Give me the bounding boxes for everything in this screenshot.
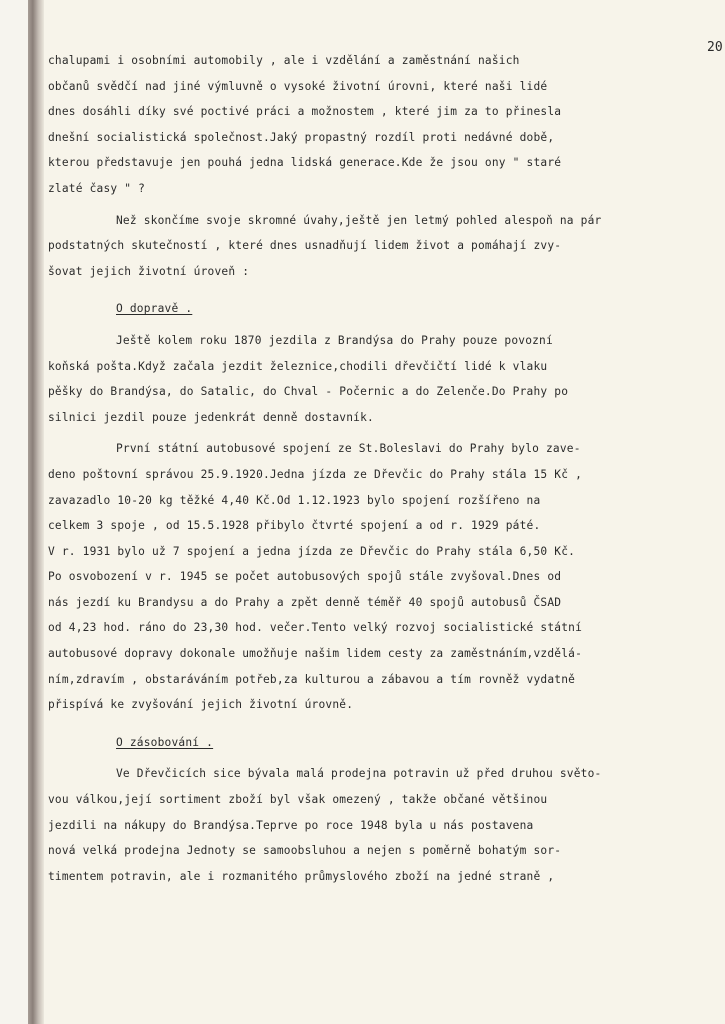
paragraph: První státní autobusové spojení ze St.Bo…	[48, 436, 720, 718]
text-line: podstatných skutečností , které dnes usn…	[48, 233, 720, 259]
text-line: od 4,23 hod. ráno do 23,30 hod. večer.Te…	[48, 615, 720, 641]
text-line: silnici jezdil pouze jedenkrát denně dos…	[48, 405, 720, 431]
text-line: dnes dosáhli díky své poctivé práci a mo…	[48, 99, 720, 125]
text-line: zlaté časy " ?	[48, 176, 720, 202]
text-line: jezdili na nákupy do Brandýsa.Teprve po …	[48, 813, 720, 839]
text-line: Ve Dřevčicích sice bývala malá prodejna …	[48, 761, 720, 787]
text-line: První státní autobusové spojení ze St.Bo…	[48, 436, 720, 462]
text-line: šovat jejich životní úroveň :	[48, 259, 720, 285]
text-line: Po osvobození v r. 1945 se počet autobus…	[48, 564, 720, 590]
text-line: koňská pošta.Když začala jezdit železnic…	[48, 354, 720, 380]
text-line: celkem 3 spoje , od 15.5.1928 přibylo čt…	[48, 513, 720, 539]
text-line: timentem potravin, ale i rozmanitého prů…	[48, 864, 720, 890]
text-line: pěšky do Brandýsa, do Satalic, do Chval …	[48, 379, 720, 405]
text-line: autobusové dopravy dokonale umožňuje naš…	[48, 641, 720, 667]
text-line: přispívá ke zvyšování jejich životní úro…	[48, 692, 720, 718]
text-line: nás jezdí ku Brandysu a do Prahy a zpět …	[48, 590, 720, 616]
text-line: chalupami i osobními automobily , ale i …	[48, 48, 720, 74]
text-line: V r. 1931 bylo už 7 spojení a jedna jízd…	[48, 539, 720, 565]
text-line: kterou představuje jen pouhá jedna lidsk…	[48, 150, 720, 176]
text-line: nová velká prodejna Jednoty se samoobslu…	[48, 838, 720, 864]
text-line: zavazadlo 10-20 kg těžké 4,40 Kč.Od 1.12…	[48, 488, 720, 514]
text-line: občanů svědčí nad jiné výmluvně o vysoké…	[48, 74, 720, 100]
text-line: vou válkou,její sortiment zboží byl však…	[48, 787, 720, 813]
scan-outer-margin	[0, 0, 28, 1024]
paragraph: Ve Dřevčicích sice bývala malá prodejna …	[48, 761, 720, 889]
text-line: deno poštovní správou 25.9.1920.Jedna jí…	[48, 462, 720, 488]
paragraph: chalupami i osobními automobily , ale i …	[48, 48, 720, 202]
text-line: Než skončíme svoje skromné úvahy,ještě j…	[48, 208, 720, 234]
paragraph: Ještě kolem roku 1870 jezdila z Brandýsa…	[48, 328, 720, 430]
book-binding-shadow	[28, 0, 44, 1024]
paragraph: Než skončíme svoje skromné úvahy,ještě j…	[48, 208, 720, 285]
text-line: ním,zdravím , obstaráváním potřeb,za kul…	[48, 667, 720, 693]
text-line: dnešní socialistická společnost.Jaký pro…	[48, 125, 720, 151]
section-heading-doprava: O dopravě .	[48, 296, 720, 322]
text-line: Ještě kolem roku 1870 jezdila z Brandýsa…	[48, 328, 720, 354]
section-heading-zasobovani: O zásobování .	[48, 730, 720, 756]
typewritten-text: chalupami i osobními automobily , ale i …	[48, 48, 720, 889]
